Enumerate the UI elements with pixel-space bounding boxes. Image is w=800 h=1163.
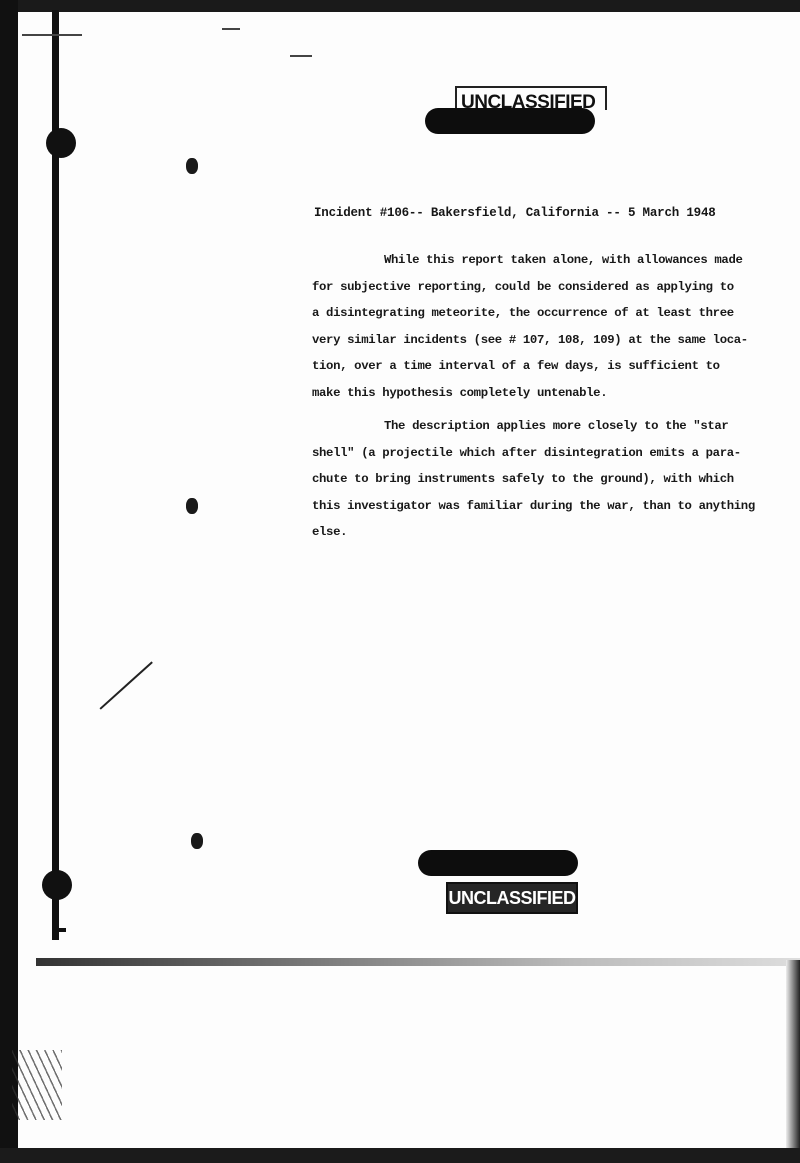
paragraph-line: chute to bring instruments safely to the…: [312, 466, 772, 493]
pencil-mark: [99, 661, 152, 709]
paragraph-1: While this report taken alone, with allo…: [312, 247, 772, 407]
paragraph-2: The description applies more closely to …: [312, 413, 772, 546]
margin-hole-mark-icon: [191, 833, 203, 849]
margin-hole-mark-icon: [186, 158, 198, 174]
scan-right-edge: [786, 960, 800, 1163]
scan-artifact: [22, 34, 82, 36]
scan-bottom-edge: [0, 1148, 800, 1163]
punch-hole-icon: [46, 128, 76, 158]
paragraph-line: this investigator was familiar during th…: [312, 493, 772, 520]
binder-spine-foot: [52, 928, 66, 932]
incident-heading: Incident #106-- Bakersfield, California …: [314, 206, 716, 220]
paragraph-line: tion, over a time interval of a few days…: [312, 353, 772, 380]
paragraph-line: The description applies more closely to …: [312, 413, 772, 440]
redaction-bar-bottom: [418, 850, 578, 876]
margin-hole-mark-icon: [186, 498, 198, 514]
paragraph-line: for subjective reporting, could be consi…: [312, 274, 772, 301]
paragraph-line: a disintegrating meteorite, the occurren…: [312, 300, 772, 327]
classification-stamp-bottom: UNCLASSIFIED: [446, 882, 578, 914]
paragraph-line: shell" (a projectile which after disinte…: [312, 440, 772, 467]
page-bottom-edge-shadow: [36, 958, 800, 966]
scan-left-edge: [0, 0, 18, 1163]
classification-stamp-top: UNCLASSIFIED: [455, 86, 607, 110]
scan-artifact: [222, 28, 240, 30]
paragraph-line: else.: [312, 519, 772, 546]
redaction-bar-top: [425, 108, 595, 134]
scan-top-edge: [0, 0, 800, 12]
punch-hole-icon: [42, 870, 72, 900]
pencil-scribble: [12, 1050, 62, 1120]
paragraph-line: very similar incidents (see # 107, 108, …: [312, 327, 772, 354]
paragraph-line: make this hypothesis completely untenabl…: [312, 380, 772, 407]
scan-artifact: [290, 55, 312, 57]
paragraph-line: While this report taken alone, with allo…: [312, 247, 772, 274]
